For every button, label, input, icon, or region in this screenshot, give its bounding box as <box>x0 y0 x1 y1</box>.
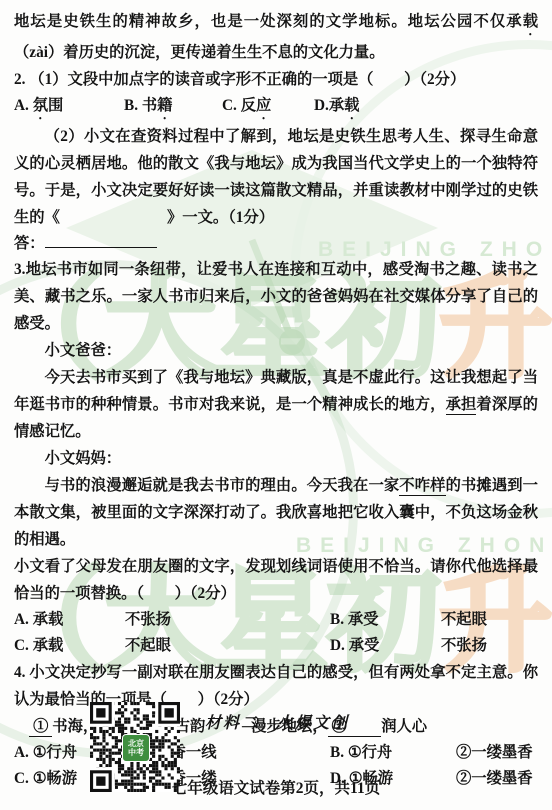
father-post: 今天去书市买到了《我与地坛》典藏版，真是不虚此行。这让我想起了当年逛书市的种种情… <box>14 364 538 445</box>
option-d: D.承载 <box>314 93 538 123</box>
question-3-intro: 3.地坛书市如同一条纽带，让爱书人在连接和互动中，感受淘书之趣、读书之美、藏书之… <box>14 256 538 337</box>
option-a: A. 承载 不张扬 <box>14 607 330 633</box>
question-2-1-stem: 2. （1）文段中加点字的读音或字形不正确的一项是（ ）（2分） <box>14 66 538 93</box>
answer-line: 答： <box>14 231 538 256</box>
qr-center-badge: 北京 中考 <box>122 734 150 762</box>
option-b: B. 承受 不起眼 <box>330 607 538 633</box>
material-2-caption: 材料二 火爆文创 <box>205 710 349 733</box>
intro-paragraph: 地坛是史铁生的精神故乡，也是一处深刻的文学地标。地坛公园不仅承载（zài）着历史… <box>14 8 538 66</box>
qr-badge-line2: 中考 <box>128 748 144 757</box>
exam-body: 地坛是史铁生的精神故乡，也是一处深刻的文学地标。地坛公园不仅承载（zài）着历史… <box>0 0 552 792</box>
mother-post: 与书的浪漫邂逅就是我去书市的理由。今天我在一家不咋样的书摊遇到一本散文集，被里面… <box>14 472 538 553</box>
option-d: D. 承受 不张扬 <box>330 633 538 659</box>
option-c: C. 反应 <box>222 93 314 123</box>
option-a: A. 氛围 <box>14 93 124 123</box>
page-number-footer: 七年级语文试卷第2页，共11页 <box>0 776 552 798</box>
option-b: B. 书籍 <box>124 93 222 123</box>
question-2-1-options: A. 氛围 B. 书籍 C. 反应 D.承载 <box>14 93 538 123</box>
page-bottom: 北京 中考 材料二 火爆文创 七年级语文试卷第2页，共11页 <box>0 700 552 810</box>
question-3-options: A. 承载 不张扬 B. 承受 不起眼 C. 承载 不起眼 D. 承受 不张扬 <box>14 607 538 659</box>
answer-label: 答： <box>14 235 45 252</box>
option-c: C. 承载 不起眼 <box>14 633 330 659</box>
exam-page: （ 大 星 初 升 高 （ 大 星 初 升 高 BEIJING ZHONGKAO… <box>0 0 552 810</box>
father-label: 小文爸爸： <box>14 337 538 364</box>
qr-badge-line1: 北京 <box>128 739 144 748</box>
answer-blank <box>45 232 157 248</box>
question-3-stem: 小文看了父母发在朋友圈的文字，发现划线词语使用不恰当。请你代他选择最恰当的一项替… <box>14 553 538 607</box>
question-2-2-stem: （2）小文在查资料过程中了解到，地坛是史铁生思考人生、探寻生命意义的心灵栖居地。… <box>14 123 538 231</box>
mother-label: 小文妈妈： <box>14 445 538 472</box>
